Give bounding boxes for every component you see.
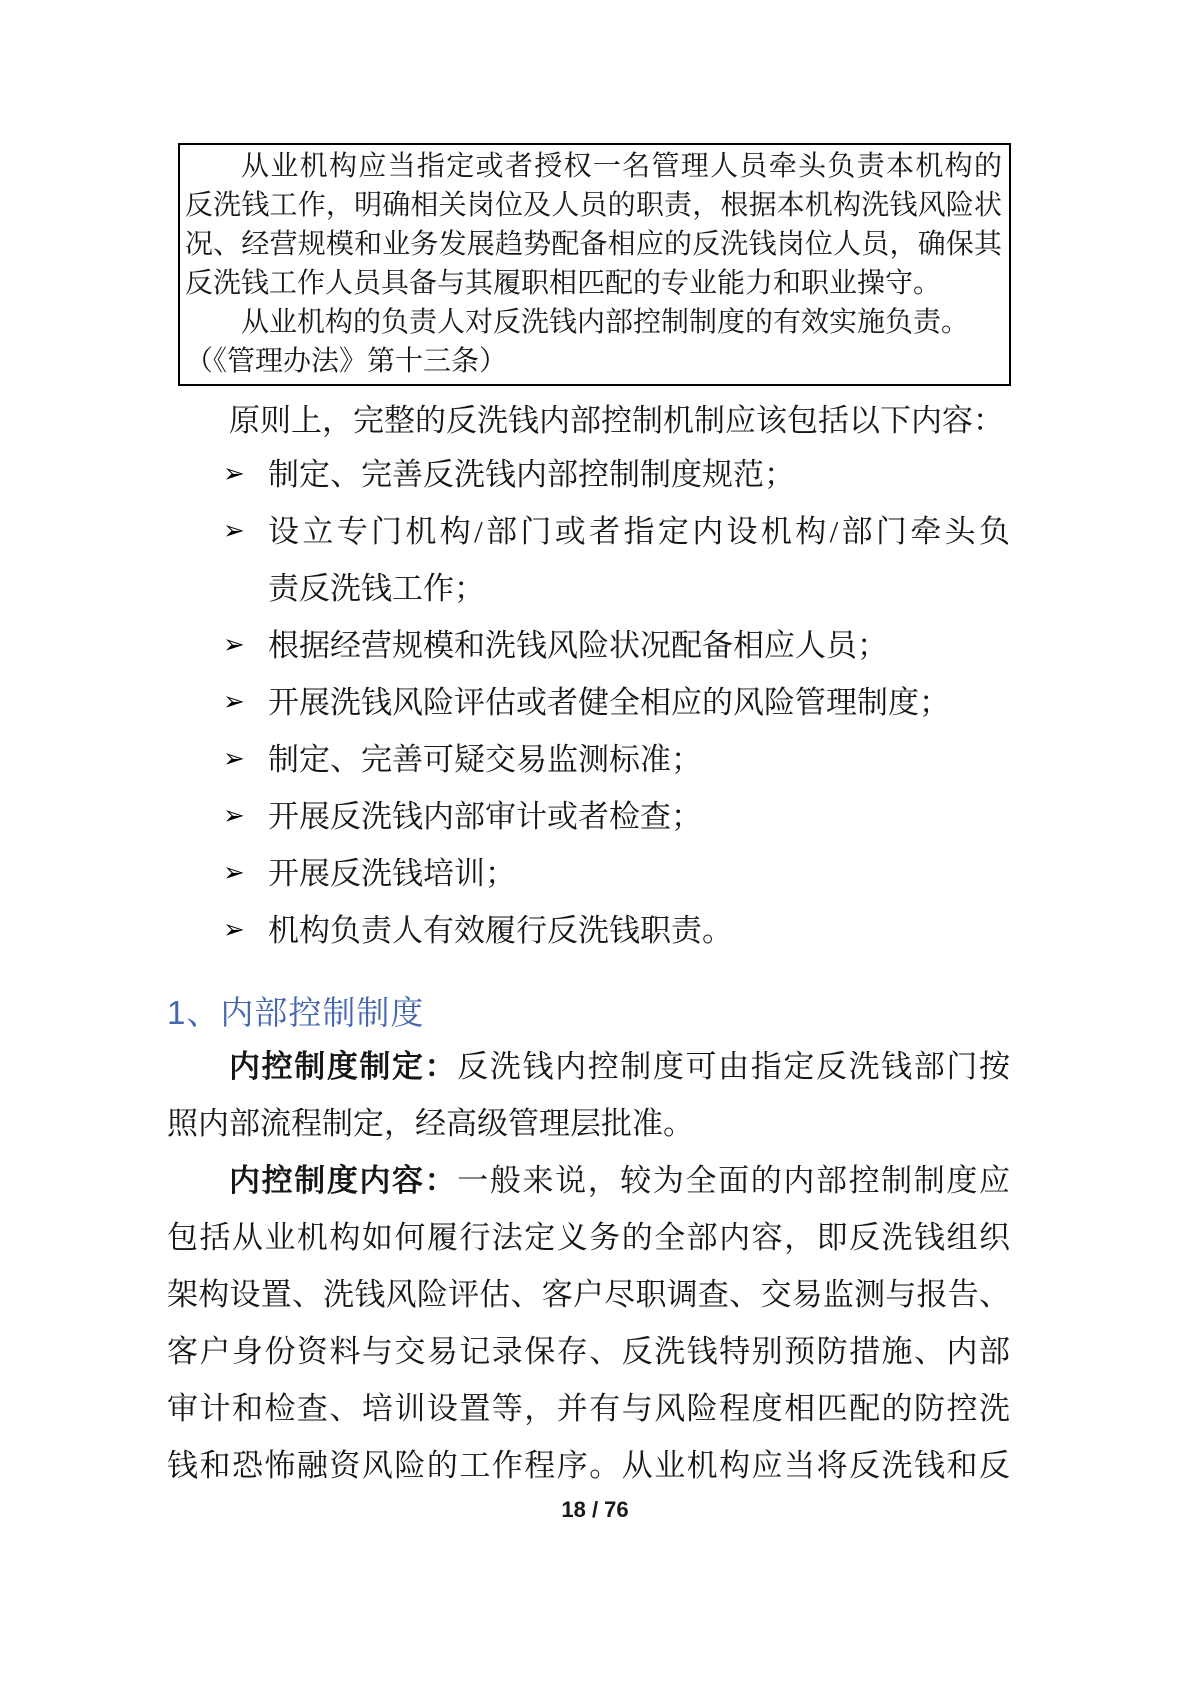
body-text-line: 包括从业机构如何履行法定义务的全部内容，即反洗钱组织 bbox=[167, 1209, 1010, 1266]
list-item: ➢机构负责人有效履行反洗钱职责。 bbox=[167, 902, 1010, 959]
list-item: ➢开展洗钱风险评估或者健全相应的风险管理制度； bbox=[167, 674, 1010, 731]
list-item: ➢开展反洗钱培训； bbox=[167, 845, 1010, 902]
list-item: 责反洗钱工作； bbox=[167, 560, 1010, 617]
body-text-line: 钱和恐怖融资风险的工作程序。从业机构应当将反洗钱和反 bbox=[167, 1437, 1010, 1494]
list-item-text: 制定、完善可疑交易监测标准； bbox=[268, 731, 1010, 788]
body-text-line: 审计和检查、培训设置等，并有与风险程度相匹配的防控洗 bbox=[167, 1380, 1010, 1437]
bullet-list: ➢制定、完善反洗钱内部控制制度规范；➢设立专门机构/部门或者指定内设机构/部门牵… bbox=[167, 446, 1010, 959]
arrow-bullet-icon: ➢ bbox=[167, 845, 268, 902]
arrow-bullet-icon: ➢ bbox=[167, 902, 268, 959]
list-item: ➢开展反洗钱内部审计或者检查； bbox=[167, 788, 1010, 845]
list-item-text: 责反洗钱工作； bbox=[268, 560, 1010, 617]
quote-text-line: 从业机构应当指定或者授权一名管理人员牵头负责本机构的 bbox=[185, 147, 1002, 186]
list-item-text: 开展反洗钱内部审计或者检查； bbox=[268, 788, 1010, 845]
list-item-text: 根据经营规模和洗钱风险状况配备相应人员； bbox=[268, 617, 1010, 674]
line-text: 审计和检查、培训设置等，并有与风险程度相匹配的防控洗 bbox=[167, 1391, 1010, 1426]
regulation-quote-box: 从业机构应当指定或者授权一名管理人员牵头负责本机构的反洗钱工作，明确相关岗位及人… bbox=[178, 143, 1011, 386]
paragraph-bold-lead: 内控制度内容： bbox=[229, 1163, 457, 1198]
list-item-text: 设立专门机构/部门或者指定内设机构/部门牵头负 bbox=[268, 503, 1010, 560]
arrow-bullet-icon: ➢ bbox=[167, 617, 268, 674]
line-text: 况、经营规模和业务发展趋势配备相应的反洗钱岗位人员，确保其 bbox=[185, 229, 1002, 260]
quote-text-line: 反洗钱工作人员具备与其履职相匹配的专业能力和职业操守。 bbox=[185, 264, 1002, 303]
line-text: 客户身份资料与交易记录保存、反洗钱特别预防措施、内部 bbox=[167, 1334, 1010, 1369]
body-text-line: 内控制度内容：一般来说，较为全面的内部控制制度应 bbox=[167, 1152, 1010, 1209]
line-text: 一般来说，较为全面的内部控制制度应 bbox=[457, 1163, 1010, 1198]
paragraph-bold-lead: 内控制度制定： bbox=[229, 1049, 457, 1084]
line-text: 照内部流程制定，经高级管理层批准。 bbox=[167, 1106, 694, 1141]
list-item: ➢根据经营规模和洗钱风险状况配备相应人员； bbox=[167, 617, 1010, 674]
line-text: 钱和恐怖融资风险的工作程序。从业机构应当将反洗钱和反 bbox=[167, 1448, 1010, 1483]
list-item-text: 开展洗钱风险评估或者健全相应的风险管理制度； bbox=[268, 674, 1010, 731]
list-item-text: 开展反洗钱培训； bbox=[268, 845, 1010, 902]
quote-text-line: 况、经营规模和业务发展趋势配备相应的反洗钱岗位人员，确保其 bbox=[185, 225, 1002, 264]
list-item: ➢制定、完善可疑交易监测标准； bbox=[167, 731, 1010, 788]
arrow-bullet-icon: ➢ bbox=[167, 788, 268, 845]
arrow-bullet-icon: ➢ bbox=[167, 731, 268, 788]
line-text: 包括从业机构如何履行法定义务的全部内容，即反洗钱组织 bbox=[167, 1220, 1010, 1255]
page-number: 18 / 76 bbox=[0, 1496, 1190, 1524]
section-heading: 1、内部控制制度 bbox=[167, 991, 424, 1035]
arrow-bullet-icon: ➢ bbox=[167, 674, 268, 731]
line-text: 从业机构的负责人对反洗钱内部控制制度的有效实施负责。 bbox=[241, 307, 969, 338]
quote-text-line: 从业机构的负责人对反洗钱内部控制制度的有效实施负责。 bbox=[185, 303, 1002, 342]
arrow-bullet-icon: ➢ bbox=[167, 503, 268, 560]
line-text: 架构设置、洗钱风险评估、客户尽职调查、交易监测与报告、 bbox=[167, 1277, 1010, 1312]
body-text-line: 照内部流程制定，经高级管理层批准。 bbox=[167, 1095, 1010, 1152]
line-text: 从业机构应当指定或者授权一名管理人员牵头负责本机构的 bbox=[241, 151, 1002, 182]
quote-text-line: 反洗钱工作，明确相关岗位及人员的职责，根据本机构洗钱风险状 bbox=[185, 186, 1002, 225]
arrow-bullet-icon bbox=[167, 560, 268, 617]
body-paragraphs: 内控制度制定：反洗钱内控制度可由指定反洗钱部门按照内部流程制定，经高级管理层批准… bbox=[167, 1038, 1010, 1494]
line-text: 反洗钱内控制度可由指定反洗钱部门按 bbox=[457, 1049, 1010, 1084]
document-page: 从业机构应当指定或者授权一名管理人员牵头负责本机构的反洗钱工作，明确相关岗位及人… bbox=[0, 0, 1190, 1683]
intro-text: 原则上，完整的反洗钱内部控制机制应该包括以下内容： bbox=[167, 392, 1010, 449]
line-text: 反洗钱工作人员具备与其履职相匹配的专业能力和职业操守。 bbox=[185, 268, 941, 299]
list-item: ➢制定、完善反洗钱内部控制制度规范； bbox=[167, 446, 1010, 503]
list-item: ➢设立专门机构/部门或者指定内设机构/部门牵头负 bbox=[167, 503, 1010, 560]
arrow-bullet-icon: ➢ bbox=[167, 446, 268, 503]
body-text-line: 客户身份资料与交易记录保存、反洗钱特别预防措施、内部 bbox=[167, 1323, 1010, 1380]
body-text-line: 架构设置、洗钱风险评估、客户尽职调查、交易监测与报告、 bbox=[167, 1266, 1010, 1323]
list-item-text: 制定、完善反洗钱内部控制制度规范； bbox=[268, 446, 1010, 503]
list-item-text: 机构负责人有效履行反洗钱职责。 bbox=[268, 902, 1010, 959]
quote-text-line: （《管理办法》第十三条） bbox=[185, 342, 1002, 381]
line-text: 反洗钱工作，明确相关岗位及人员的职责，根据本机构洗钱风险状 bbox=[185, 190, 1002, 221]
line-text: （《管理办法》第十三条） bbox=[185, 346, 507, 377]
body-text-line: 内控制度制定：反洗钱内控制度可由指定反洗钱部门按 bbox=[167, 1038, 1010, 1095]
intro-paragraph: 原则上，完整的反洗钱内部控制机制应该包括以下内容： bbox=[167, 392, 1010, 449]
